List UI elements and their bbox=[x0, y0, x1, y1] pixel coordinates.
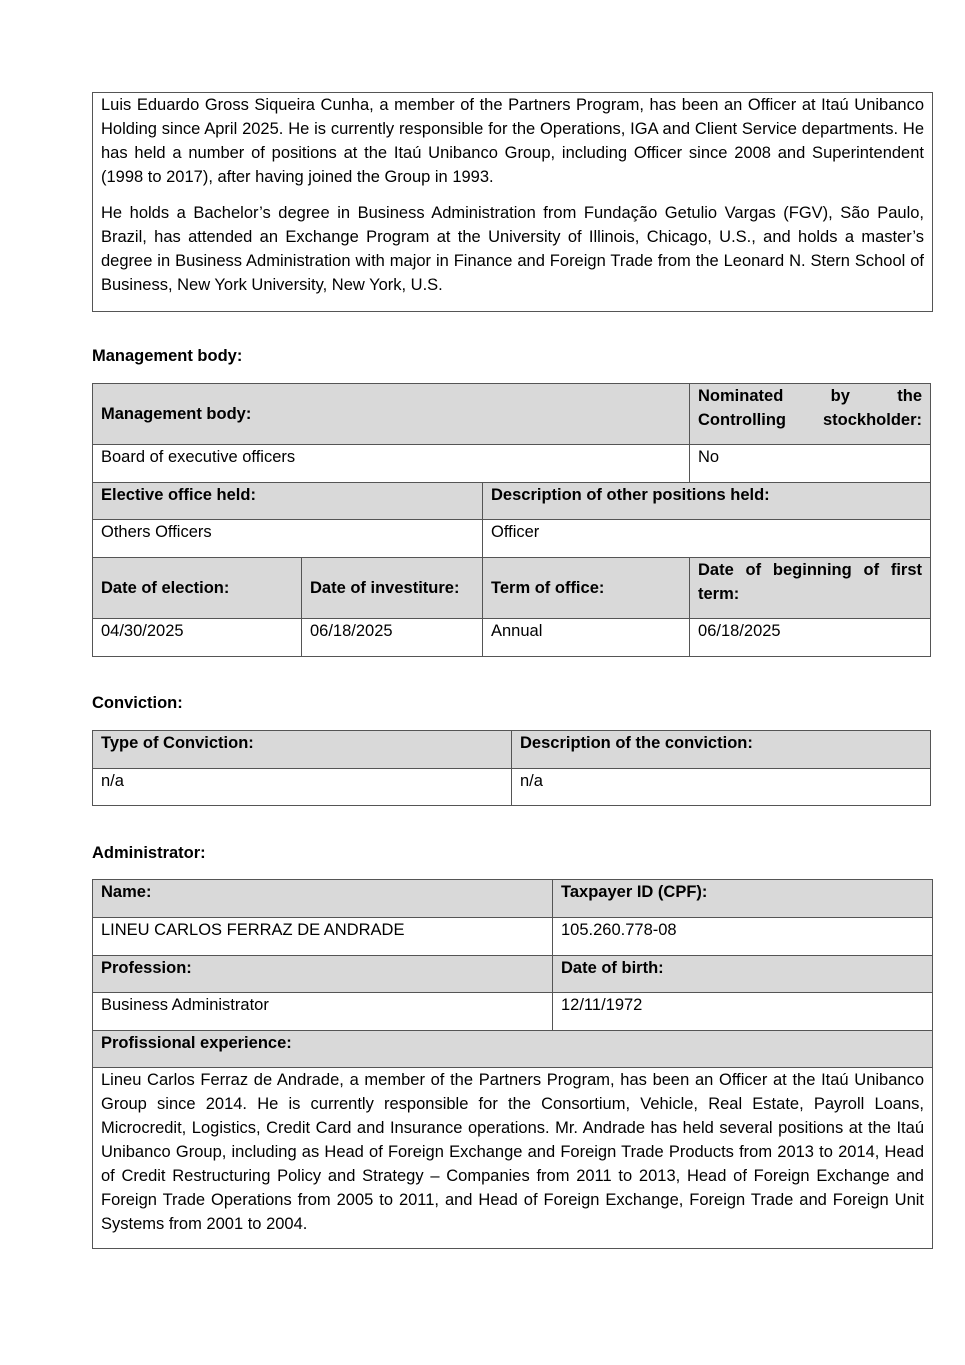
management-table: Management body: Nominated by the Contro… bbox=[92, 383, 931, 657]
bio-paragraph: He holds a Bachelor’s degree in Business… bbox=[101, 201, 924, 297]
other-positions-header: Description of other positions held: bbox=[483, 483, 931, 520]
term-value: Annual bbox=[483, 619, 690, 657]
experience-value: Lineu Carlos Ferraz de Andrade, a member… bbox=[93, 1068, 933, 1249]
previous-officer-bio: Luis Eduardo Gross Siqueira Cunha, a mem… bbox=[92, 92, 933, 312]
nominated-value: No bbox=[690, 445, 931, 483]
conviction-table: Type of Conviction: Description of the c… bbox=[92, 730, 931, 806]
management-section-title: Management body: bbox=[92, 347, 242, 366]
birth-date-value: 12/11/1972 bbox=[553, 993, 933, 1031]
election-date-header: Date of election: bbox=[93, 558, 302, 619]
conviction-section-title: Conviction: bbox=[92, 694, 183, 713]
bio-paragraph: Luis Eduardo Gross Siqueira Cunha, a mem… bbox=[101, 93, 924, 189]
conviction-type-header: Type of Conviction: bbox=[93, 731, 512, 769]
conviction-type-value: n/a bbox=[93, 769, 512, 806]
management-body-header: Management body: bbox=[93, 384, 690, 445]
first-term-value: 06/18/2025 bbox=[690, 619, 931, 657]
nominated-header: Nominated by the Controlling stockholder… bbox=[690, 384, 931, 445]
other-positions-value: Officer bbox=[483, 520, 931, 558]
profession-value: Business Administrator bbox=[93, 993, 553, 1031]
investiture-date-value: 06/18/2025 bbox=[302, 619, 483, 657]
management-body-value: Board of executive officers bbox=[93, 445, 690, 483]
experience-header: Profissional experience: bbox=[93, 1031, 933, 1068]
investiture-date-header: Date of investiture: bbox=[302, 558, 483, 619]
cpf-value: 105.260.778-08 bbox=[553, 918, 933, 956]
administrator-section-title: Administrator: bbox=[92, 844, 206, 863]
name-value: LINEU CARLOS FERRAZ DE ANDRADE bbox=[93, 918, 553, 956]
administrator-table: Name: Taxpayer ID (CPF): LINEU CARLOS FE… bbox=[92, 879, 933, 1249]
birth-date-header: Date of birth: bbox=[553, 956, 933, 993]
term-header: Term of office: bbox=[483, 558, 690, 619]
elective-office-header: Elective office held: bbox=[93, 483, 483, 520]
cpf-header: Taxpayer ID (CPF): bbox=[553, 880, 933, 918]
conviction-description-value: n/a bbox=[512, 769, 931, 806]
election-date-value: 04/30/2025 bbox=[93, 619, 302, 657]
profession-header: Profession: bbox=[93, 956, 553, 993]
name-header: Name: bbox=[93, 880, 553, 918]
first-term-header: Date of beginning of first term: bbox=[690, 558, 931, 619]
conviction-description-header: Description of the conviction: bbox=[512, 731, 931, 769]
elective-office-value: Others Officers bbox=[93, 520, 483, 558]
